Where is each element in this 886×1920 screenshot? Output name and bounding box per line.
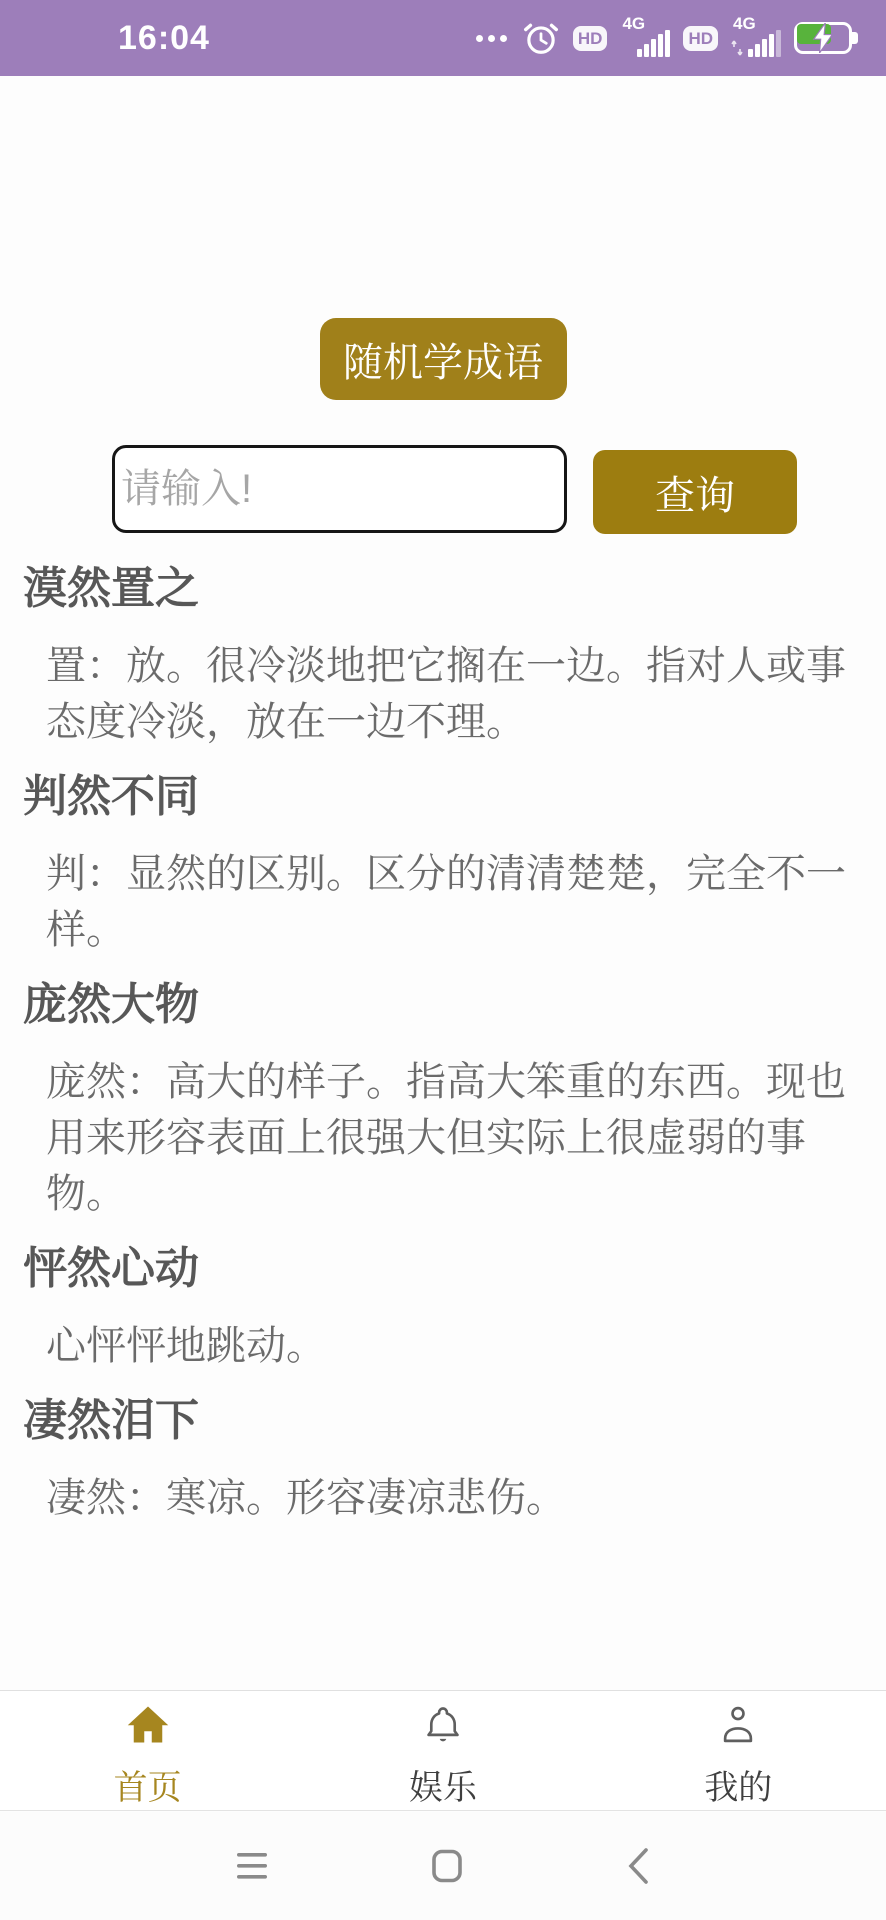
tab-label: 我的 (704, 1760, 772, 1809)
idiom-entry: 凄然泪下 凄然：寒凉。形容凄凉悲伤。 (0, 1396, 886, 1526)
signal-4g-icon: 4G (620, 15, 670, 61)
search-input[interactable] (112, 445, 567, 533)
idiom-term: 凄然泪下 (23, 1396, 886, 1446)
tab-entertainment[interactable]: 娱乐 (295, 1691, 590, 1810)
idiom-definition: 置：放。很冷淡地把它搁在一边。指对人或事态度冷淡，放在一边不理。 (46, 638, 858, 750)
idiom-term: 漠然置之 (23, 564, 886, 614)
hd-volte-icon: HD (573, 26, 608, 51)
bell-icon (418, 1705, 468, 1744)
android-navigation-bar (0, 1812, 886, 1920)
idiom-entry: 怦然心动 心怦怦地跳动。 (0, 1244, 886, 1374)
idiom-definition: 判：显然的区别。区分的清清楚楚，完全不一样。 (46, 846, 858, 958)
idiom-definition: 心怦怦地跳动。 (46, 1318, 858, 1374)
idiom-definition: 凄然：寒凉。形容凄凉悲伤。 (46, 1470, 858, 1526)
alarm-icon (522, 19, 560, 57)
random-idiom-button[interactable]: 随机学成语 (320, 318, 567, 400)
battery-charging-icon (794, 21, 862, 55)
back-button[interactable] (625, 1847, 651, 1885)
app-screen: 16:04 HD 4G HD 4G (0, 0, 886, 1920)
status-bar: 16:04 HD 4G HD 4G (0, 0, 886, 76)
hd-volte-icon: HD (683, 26, 718, 51)
idiom-definition: 庞然：高大的样子。指高大笨重的东西。现也用来形容表面上很强大但实际上很虚弱的事物… (46, 1054, 858, 1222)
data-activity-icon (731, 40, 743, 56)
home-icon (120, 1705, 176, 1744)
idiom-entry: 漠然置之 置：放。很冷淡地把它搁在一边。指对人或事态度冷淡，放在一边不理。 (0, 564, 886, 750)
more-notifications-icon (476, 35, 507, 42)
tab-home[interactable]: 首页 (0, 1691, 295, 1810)
search-row: 查询 (0, 445, 886, 534)
idiom-term: 庞然大物 (23, 980, 886, 1030)
tab-label: 首页 (114, 1760, 182, 1809)
home-nav-button[interactable] (431, 1849, 463, 1883)
home-square-icon (431, 1849, 463, 1883)
status-icons: HD 4G HD 4G (476, 15, 862, 61)
person-icon (712, 1705, 764, 1744)
back-icon (625, 1847, 651, 1885)
idiom-entry: 判然不同 判：显然的区别。区分的清清楚楚，完全不一样。 (0, 772, 886, 958)
signal-4g-icon: 4G (731, 15, 781, 61)
recents-button[interactable] (235, 1850, 269, 1882)
idiom-entry: 庞然大物 庞然：高大的样子。指高大笨重的东西。现也用来形容表面上很强大但实际上很… (0, 980, 886, 1222)
idiom-term: 怦然心动 (23, 1244, 886, 1294)
tab-label: 娱乐 (409, 1760, 477, 1809)
tab-bar: 首页 娱乐 我的 (0, 1690, 886, 1811)
recents-icon (235, 1850, 269, 1882)
idiom-list: 漠然置之 置：放。很冷淡地把它搁在一边。指对人或事态度冷淡，放在一边不理。 判然… (0, 564, 886, 1526)
query-button[interactable]: 查询 (593, 450, 797, 534)
tab-mine[interactable]: 我的 (591, 1691, 886, 1810)
status-time: 16:04 (118, 19, 210, 58)
idiom-term: 判然不同 (23, 772, 886, 822)
